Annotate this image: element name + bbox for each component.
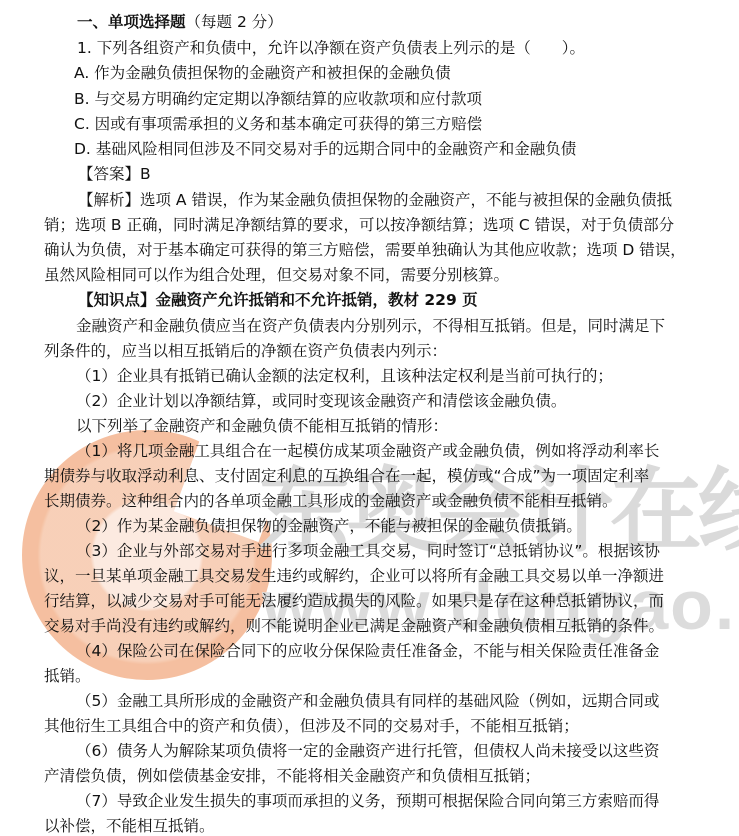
- analysis-line: 虽然风险相同可以作为组合处理，但交易对象不同，需要分别核算。: [44, 265, 509, 285]
- knowledge-line: （7）导致企业发生损失的事项而承担的义务，预期可根据保险合同向第三方索赔而得: [76, 791, 659, 811]
- knowledge-line: 抵销。: [44, 666, 91, 686]
- knowledge-line: （3）企业与外部交易对手进行多项金融工具交易，同时签订“总抵销协议”。根据该协: [76, 541, 660, 561]
- section-note: （每题 2 分）: [186, 13, 283, 31]
- knowledge-line: 列条件的，应当以相互抵销后的净额在资产负债表内列示：: [44, 341, 447, 361]
- knowledge-line: （2）作为某金融负债担保物的金融资产，不能与被担保的金融负债抵销。: [76, 516, 582, 536]
- knowledge-line: 交易对手尚没有违约或解约，则不能说明企业已满足金融资产和金融负债相互抵销的条件。: [44, 616, 664, 636]
- knowledge-line: （2）企业计划以净额结算，或同时变现该金融资产和清偿该金融负债。: [76, 391, 566, 411]
- section-title: 一、单项选择题: [77, 13, 186, 31]
- knowledge-line: （1）将几项金融工具组合在一起模仿成某项金融资产或金融负债，例如将浮动利率长: [76, 441, 659, 461]
- knowledge-line: 议，一旦某单项金融工具交易发生违约或解约，企业可以将所有金融工具交易以单一净额进: [44, 566, 664, 586]
- option-d: D. 基础风险相同但涉及不同交易对手的远期合同中的金融资产和金融负债: [74, 139, 576, 159]
- answer-label: 【答案】B: [78, 164, 151, 184]
- option-b: B. 与交易方明确约定定期以净额结算的应收款项和应付款项: [74, 89, 482, 109]
- knowledge-line: 产清偿负债，例如偿债基金安排，不能将相关金融资产和负债相互抵销；: [44, 766, 540, 786]
- section-heading: 一、单项选择题（每题 2 分）: [77, 12, 283, 32]
- knowledge-line: 期债券与收取浮动利息、支付固定利息的互换组合在一起，模仿或“合成”为一项固定利率: [44, 466, 649, 486]
- knowledge-line: 以下列举了金融资产和金融负债不能相互抵销的情形：: [76, 416, 448, 436]
- knowledge-line: 金融资产和金融负债应当在资产负债表内分别列示，不得相互抵销。但是，同时满足下: [76, 316, 665, 336]
- knowledge-line: 行结算，以减少交易对手可能无法履约造成损失的风险。如果只是存在这种总抵销协议，而: [44, 591, 664, 611]
- knowledge-heading: 【知识点】金融资产允许抵销和不允许抵销，教材 229 页: [78, 290, 478, 310]
- analysis-line: 确认为负债，对于基本确定可获得的第三方赔偿，需要单独确认为其他应收款；选项 D …: [44, 240, 686, 260]
- knowledge-line: （4）保险公司在保险合同下的应收分保保险责任准备金，不能与相关保险责任准备金: [76, 641, 659, 661]
- knowledge-line: （5）金融工具所形成的金融资产和金融负债具有同样的基础风险（例如，远期合同或: [76, 691, 659, 711]
- knowledge-line: 长期债券。这种组合内的各单项金融工具形成的金融资产或金融负债不能相互抵销。: [44, 491, 618, 511]
- option-c: C. 因或有事项需承担的义务和基本确定可获得的第三方赔偿: [74, 114, 482, 134]
- knowledge-line: （1）企业具有抵销已确认金额的法定权利，且该种法定权利是当前可执行的；: [76, 366, 613, 386]
- knowledge-line: 其他衍生工具组合中的资产和负债），但涉及不同的交易对手，不能相互抵销；: [44, 716, 579, 736]
- knowledge-line: （6）债务人为解除某项负债将一定的金融资产进行托管，但债权人尚未接受以这些资: [76, 741, 659, 761]
- analysis-line: 【解析】选项 A 错误，作为某金融负债担保物的金融资产，不能与被担保的金融负债抵: [78, 190, 672, 210]
- option-a: A. 作为金融负债担保物的金融资产和被担保的金融负债: [74, 63, 451, 83]
- knowledge-line: 以补偿，不能相互抵销。: [44, 816, 215, 836]
- question-stem: 1. 下列各组资产和负债中，允许以净额在资产负债表上列示的是（ ）。: [77, 38, 585, 58]
- analysis-line: 销；选项 B 正确，同时满足净额结算的要求，可以按净额结算；选项 C 错误，对于…: [44, 215, 674, 235]
